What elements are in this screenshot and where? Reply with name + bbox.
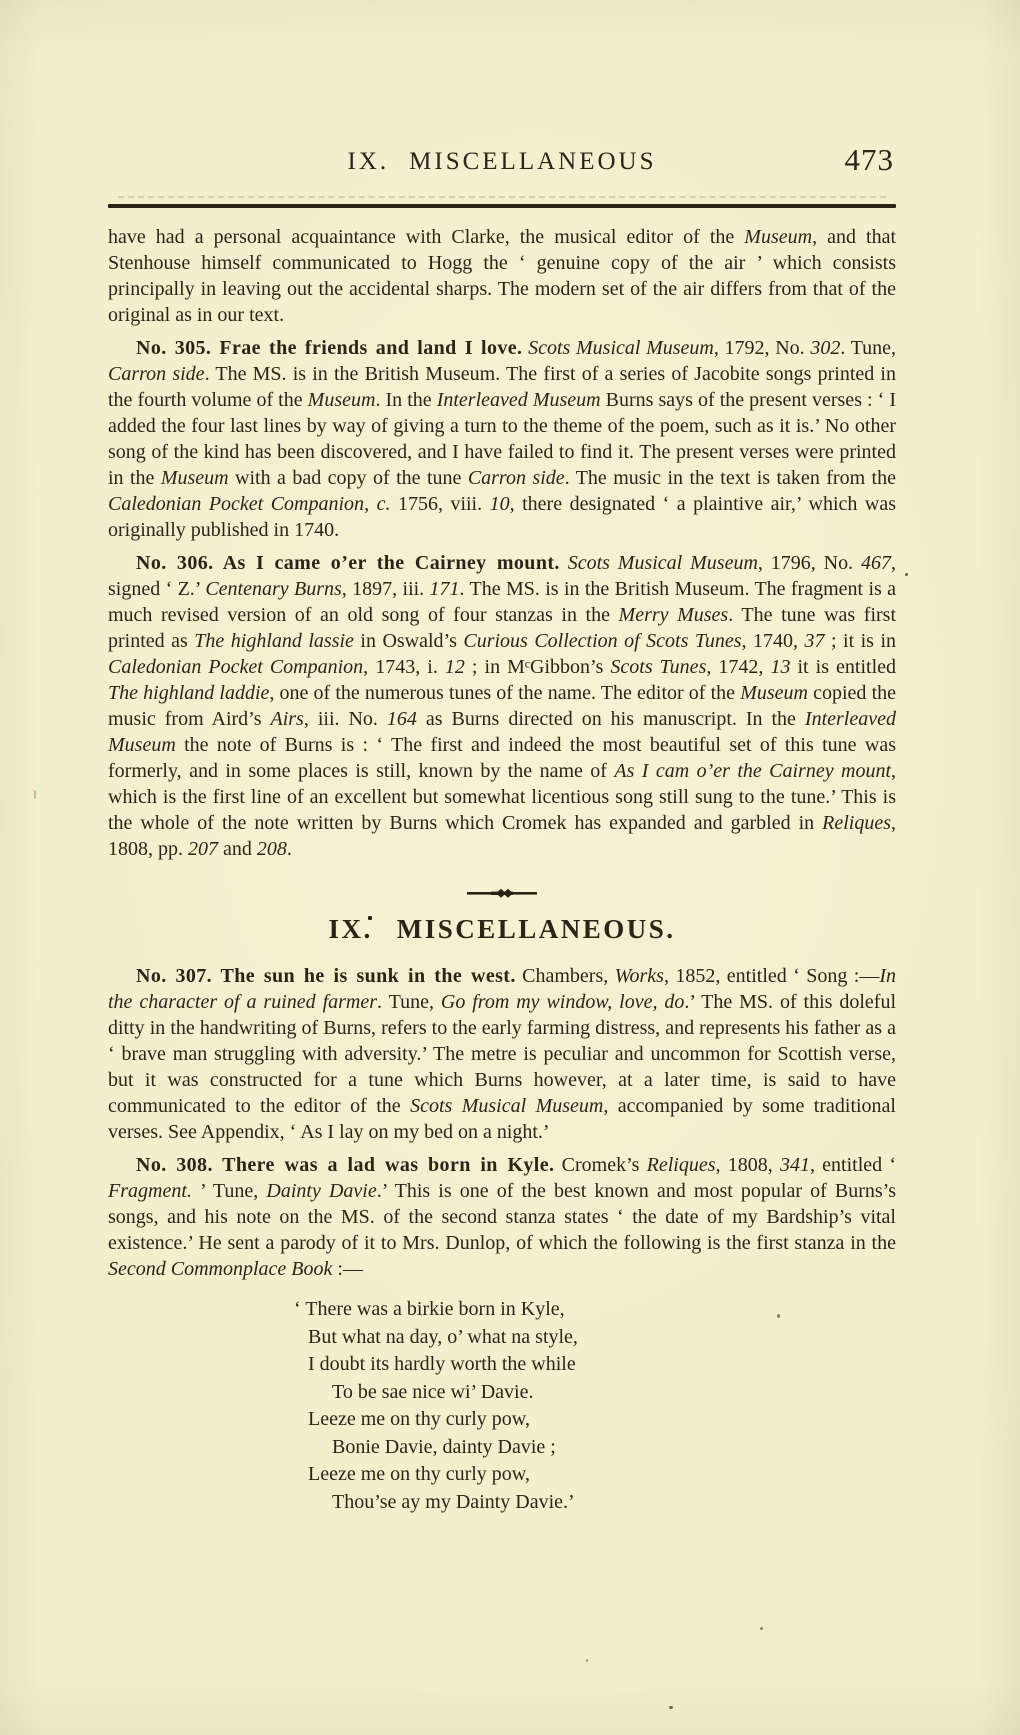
text-run: Reliques (647, 1154, 716, 1176)
poem-line: Leeze me on thy curly pow, (308, 1461, 896, 1489)
text-run: Carron side (108, 363, 205, 385)
text-run: The highland laddie (108, 682, 269, 704)
section-heading: IX.MISCELLANEOUS. (108, 914, 896, 945)
text-run: c. (377, 493, 391, 515)
text-run: Centenary Burns (205, 578, 341, 600)
text-run: Works (615, 965, 664, 987)
entry-headword: No. 308. There was a lad was born in Kyl… (136, 1154, 554, 1176)
entry-headword: No. 307. The sun he is sunk in the west. (136, 965, 516, 987)
text-run: Caledonian Pocket Companion (108, 493, 364, 515)
text-run: Museum (161, 467, 229, 489)
entry-headword: No. 306. As I came o’er the Cairney moun… (136, 552, 560, 574)
text-run: , iii. No. (304, 708, 387, 730)
ink-speck (34, 790, 36, 799)
text-run: ; it is in (825, 630, 897, 652)
running-head-section-number: IX. (348, 148, 390, 175)
ink-speck (905, 573, 908, 576)
text-run: Reliques (822, 812, 891, 834)
text-run: , 1897, iii. (342, 578, 430, 600)
scanned-book-page: IX.MISCELLANEOUS 473 have had a personal… (0, 0, 1020, 1735)
text-run: Caledonian Pocket Companion (108, 656, 363, 678)
poem-line: To be sae nice wi’ Davie. (332, 1379, 896, 1407)
paragraph: have had a personal acquaintance with Cl… (108, 224, 896, 328)
text-run: Scots Musical Museum (410, 1095, 603, 1117)
text-run: Carron side (468, 467, 565, 489)
text-run: , (364, 493, 377, 515)
page-number: 473 (845, 142, 895, 178)
text-run: 12 (445, 656, 465, 678)
text-column: IX.MISCELLANEOUS 473 have had a personal… (108, 146, 896, 1516)
text-run: with a bad copy of the tune (229, 467, 468, 489)
text-run: 207 (188, 838, 218, 860)
text-run: The highland lassie (194, 630, 354, 652)
text-run: , 1796, No. (758, 552, 861, 574)
text-run: :— (332, 1258, 363, 1280)
text-run: . Tune, (840, 337, 896, 359)
text-run: ’ Tune, (192, 1180, 267, 1202)
text-run: Scots Musical Museum (528, 337, 714, 359)
poem-stanza: ‘ There was a birkie born in Kyle,But wh… (308, 1296, 896, 1516)
text-run: . The music in the text is taken from th… (565, 467, 896, 489)
text-run: 467 (861, 552, 891, 574)
text-run: , 1743, i. (363, 656, 445, 678)
text-run: Go from my window, love, do (441, 991, 684, 1013)
text-run: , entitled ‘ (810, 1154, 896, 1176)
poem-line: ‘ There was a birkie born in Kyle, (294, 1296, 896, 1324)
running-head: IX.MISCELLANEOUS 473 (108, 146, 896, 190)
text-run: Interleaved Museum (437, 389, 601, 411)
text-run: , 1792, No. (714, 337, 810, 359)
text-run: 208 (257, 838, 287, 860)
text-run: it is entitled (790, 656, 896, 678)
text-run: have had a personal acquaintance with Cl… (108, 226, 744, 248)
text-run: Second Commonplace Book (108, 1258, 332, 1280)
text-run: , 1852, entitled ‘ Song :— (664, 965, 879, 987)
text-run: Museum (740, 682, 808, 704)
divider-ornament-icon (467, 886, 537, 900)
text-run: Cromek’s (554, 1154, 646, 1176)
text-run: and (218, 838, 257, 860)
text-run: . (287, 838, 292, 860)
text-run: Dainty Davie (266, 1180, 376, 1202)
text-run: . Tune, (377, 991, 441, 1013)
paragraph: No. 308. There was a lad was born in Kyl… (108, 1152, 896, 1282)
paragraph: No. 306. As I came o’er the Cairney moun… (108, 550, 896, 862)
text-run: 302 (810, 337, 840, 359)
text-run: , 1808, (716, 1154, 780, 1176)
text-run: as Burns directed on his manuscript. In … (417, 708, 805, 730)
text-run: Scots Tunes (610, 656, 706, 678)
text-run: 13 (770, 656, 790, 678)
text-run: Airs (271, 708, 304, 730)
text-run: , one of the numerous tunes of the name.… (269, 682, 740, 704)
entry-headword: No. 305. Frae the friends and land I lov… (136, 337, 522, 359)
poem-line: Bonie Davie, dainty Davie ; (332, 1434, 896, 1462)
text-run: Curious Collection of Scots Tunes (463, 630, 741, 652)
text-run: 37 (805, 630, 825, 652)
section-heading-number: IX. (328, 914, 372, 944)
ink-speck (777, 1314, 780, 1318)
text-run: Fragment. (108, 1180, 192, 1202)
text-run: ; in MᶜGibbon’s (465, 656, 611, 678)
poem-line: Leeze me on thy curly pow, (308, 1406, 896, 1434)
poem-line: But what na day, o’ what na style, (308, 1324, 896, 1352)
text-run: . In the (375, 389, 436, 411)
text-run: , 1740, (742, 630, 805, 652)
text-run: Museum (308, 389, 376, 411)
text-run (560, 552, 568, 574)
text-run: 341 (780, 1154, 810, 1176)
ink-speck (368, 916, 372, 920)
text-run: in Oswald’s (354, 630, 463, 652)
section-heading-title: MISCELLANEOUS. (397, 914, 676, 944)
ink-speck (586, 1659, 588, 1662)
poem-line: I doubt its hardly worth the while (308, 1351, 896, 1379)
paragraph: No. 305. Frae the friends and land I lov… (108, 335, 896, 543)
text-run: Museum (744, 226, 812, 248)
intro-paragraphs: have had a personal acquaintance with Cl… (108, 224, 896, 862)
text-run: Scots Musical Museum (568, 552, 758, 574)
section-paragraphs: No. 307. The sun he is sunk in the west.… (108, 963, 896, 1282)
header-rule (108, 204, 896, 208)
paragraph: No. 307. The sun he is sunk in the west.… (108, 963, 896, 1145)
text-run: 10 (490, 493, 510, 515)
text-run: Chambers, (516, 965, 615, 987)
ink-speck (760, 1627, 763, 1630)
ink-speck (669, 1706, 673, 1709)
text-run: 171 (430, 578, 460, 600)
running-head-title: IX.MISCELLANEOUS (348, 148, 657, 176)
text-run: Merry Muses (619, 604, 729, 626)
text-run: , 1742, (706, 656, 770, 678)
text-run: 1756, viii. (390, 493, 489, 515)
poem-line: Thou’se ay my Dainty Davie.’ (332, 1489, 896, 1517)
text-run: As I cam o’er the Cairney mount (614, 760, 891, 782)
text-run: 164 (387, 708, 417, 730)
running-head-section-title: MISCELLANEOUS (409, 148, 656, 175)
